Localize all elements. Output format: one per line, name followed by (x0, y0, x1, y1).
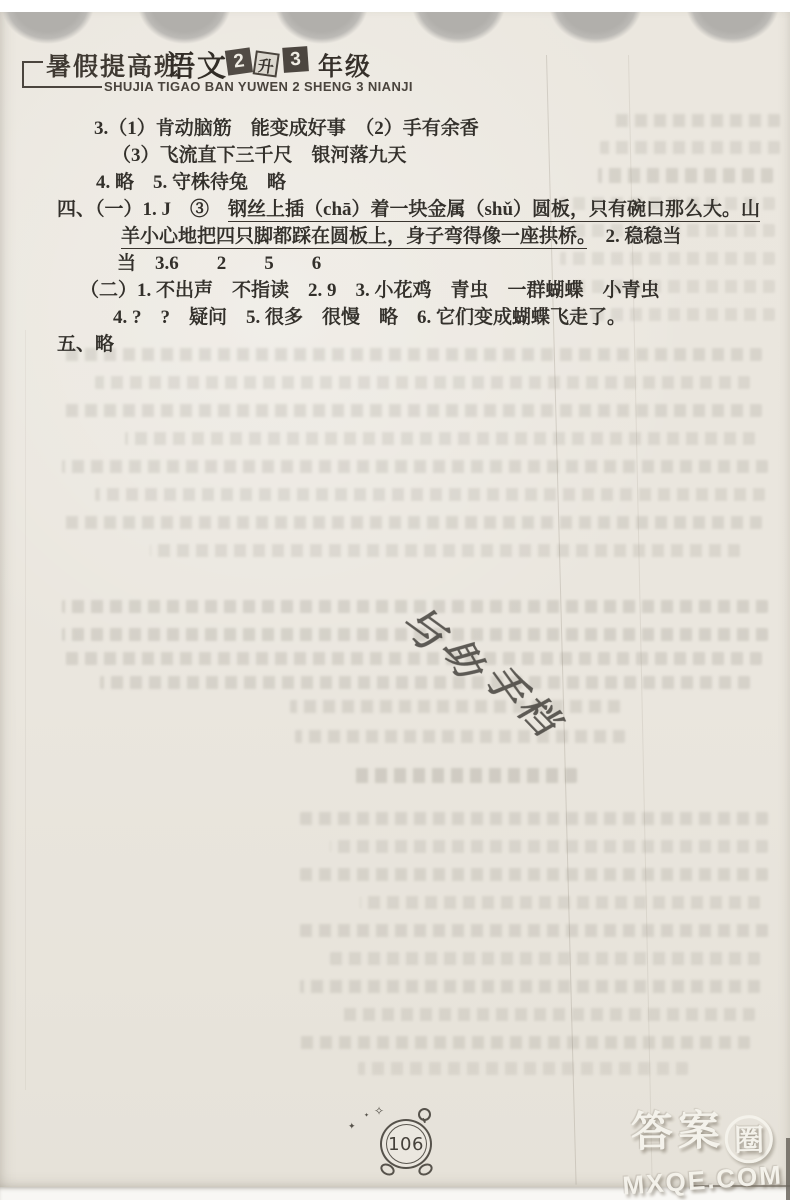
answer-text: 4. 略 5. 守株待兔 略 (96, 172, 286, 193)
watermark-brand-text: 答案 (630, 1107, 725, 1156)
clock-crown-icon (418, 1108, 431, 1121)
handwritten-scribble: 与助手档 (395, 592, 595, 752)
bleed-through-row (300, 980, 760, 993)
bleed-through-row (360, 896, 760, 909)
site-watermark: 答案圈 MXQE.COM (621, 1107, 783, 1198)
answer-text: 四、（一）1. J ③ (57, 199, 228, 220)
bleed-through-row (300, 812, 768, 825)
bleed-through-row (95, 376, 750, 389)
bleed-through-row (62, 404, 762, 417)
page-crease (25, 330, 26, 1090)
answer-line: 四、（一）1. J ③ 钢丝上插（chā）着一块金属（shǔ）圆板，只有碗口那么… (0, 196, 790, 223)
bleed-through-row (62, 460, 768, 473)
answer-text: 2. 稳稳当 (587, 226, 682, 247)
answer-line: 羊小心地把四只脚都踩在圆板上，身子弯得像一座拱桥。 2. 稳稳当 (0, 223, 790, 250)
sparkle-star-icon: ✦ (348, 1122, 356, 1132)
bleed-through-row (340, 1008, 755, 1021)
watermark-circled-char: 圈 (724, 1115, 773, 1164)
watermark-domain: MXQE.COM (621, 1159, 783, 1200)
answer-line: 4. ? ? 疑问 5. 很多 很慢 略 6. 它们变成蝴蝶飞走了。 (0, 304, 790, 331)
bleed-through-row (125, 432, 755, 445)
answer-line: 五、略 (0, 331, 790, 358)
answer-text: 五、略 (57, 334, 114, 355)
page-number: 106 (388, 1134, 424, 1155)
bleed-through-row (330, 840, 768, 853)
answer-line: （3）飞流直下三千尺 银河落九天 (0, 142, 790, 169)
answer-line: 当 3.6 2 5 6 (0, 250, 790, 277)
scanned-workbook-page: 暑假提高班 语文 2升3 年级 SHUJIA TIGAO BAN YUWEN 2… (0, 0, 790, 1200)
bleed-through-row (150, 544, 740, 557)
underlined-answer-text: 钢丝上插（chā）着一块金属（shǔ）圆板，只有碗口那么大。山 (228, 199, 760, 222)
answer-text: 3.（1）肯动脑筋 能变成好事 （2）手有余香 (94, 118, 479, 139)
bleed-through-row (300, 1036, 750, 1049)
answer-lines: 3.（1）肯动脑筋 能变成好事 （2）手有余香（3）飞流直下三千尺 银河落九天4… (0, 115, 790, 358)
answer-line: 4. 略 5. 守株待兔 略 (0, 169, 790, 196)
bleed-through-row (300, 868, 768, 881)
sparkle-star-icon: ✦ (364, 1112, 369, 1119)
answer-text: （3）飞流直下三千尺 银河落九天 (112, 145, 407, 166)
bleed-through-row (62, 516, 762, 529)
underlined-answer-text: 羊小心地把四只脚都踩在圆板上，身子弯得像一座拱桥。 (121, 226, 587, 249)
bleed-through-row (358, 1062, 688, 1075)
sparkle-star-icon: ✧ (374, 1104, 384, 1118)
bleed-through-row (95, 488, 765, 501)
clock-inner-ring: 106 (386, 1124, 427, 1164)
watermark-brand: 答案圈 (621, 1107, 782, 1166)
bleed-through-row (300, 924, 768, 937)
answer-line: （二）1. 不出声 不指读 2. 9 3. 小花鸡 青虫 一群蝴蝶 小青虫 (0, 277, 790, 304)
bleed-through-row (352, 768, 577, 783)
clock-circle-icon: 106 (380, 1119, 432, 1169)
answer-text: 4. ? ? 疑问 5. 很多 很慢 略 6. 它们变成蝴蝶飞走了。 (113, 307, 626, 328)
answer-text: 当 3.6 2 5 6 (117, 253, 321, 274)
answer-text: （二）1. 不出声 不指读 2. 9 3. 小花鸡 青虫 一群蝴蝶 小青虫 (80, 280, 660, 301)
bleed-through-row (330, 952, 760, 965)
page-number-clock: ✧ ✦ ✦ 106 (344, 1102, 454, 1182)
answer-line: 3.（1）肯动脑筋 能变成好事 （2）手有余香 (0, 115, 790, 142)
